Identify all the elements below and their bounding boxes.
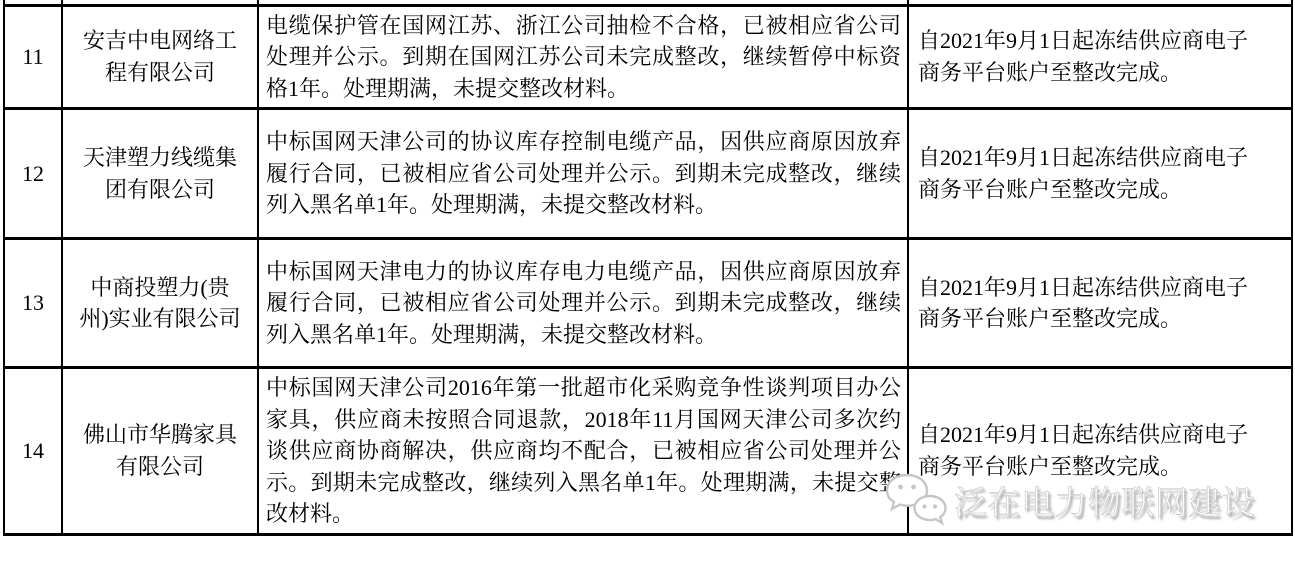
- measure-cell: 自2021年9月1日起冻结供应商电子商务平台账户至整改完成。: [908, 239, 1292, 368]
- penalty-table: 11 安吉中电网络工程有限公司 电缆保护管在国网江苏、浙江公司抽检不合格，已被相…: [3, 0, 1293, 536]
- row-number-cell: 12: [4, 109, 62, 239]
- reason-cell: 中标国网天津电力的协议库存电力电缆产品，因供应商原因放弃履行合同，已被相应省公司…: [258, 239, 908, 368]
- company-cell: 安吉中电网络工程有限公司: [62, 5, 258, 109]
- company-cell: 中商投塑力(贵州)实业有限公司: [62, 239, 258, 368]
- company-cell: 佛山市华腾家具有限公司: [62, 368, 258, 535]
- measure-cell: 自2021年9月1日起冻结供应商电子商务平台账户至整改完成。: [908, 368, 1292, 535]
- row-number-cell: 13: [4, 239, 62, 368]
- table-row: 11 安吉中电网络工程有限公司 电缆保护管在国网江苏、浙江公司抽检不合格，已被相…: [4, 5, 1292, 109]
- table-row: 13 中商投塑力(贵州)实业有限公司 中标国网天津电力的协议库存电力电缆产品，因…: [4, 239, 1292, 368]
- row-number-cell: 14: [4, 368, 62, 535]
- company-cell: 天津塑力线缆集团有限公司: [62, 109, 258, 239]
- row-number-cell: 11: [4, 5, 62, 109]
- table-row: 14 佛山市华腾家具有限公司 中标国网天津公司2016年第一批超市化采购竞争性谈…: [4, 368, 1292, 535]
- reason-cell: 电缆保护管在国网江苏、浙江公司抽检不合格，已被相应省公司处理并公示。到期在国网江…: [258, 5, 908, 109]
- measure-cell: 自2021年9月1日起冻结供应商电子商务平台账户至整改完成。: [908, 109, 1292, 239]
- reason-cell: 中标国网天津公司的协议库存控制电缆产品，因供应商原因放弃履行合同，已被相应省公司…: [258, 109, 908, 239]
- document-page: 11 安吉中电网络工程有限公司 电缆保护管在国网江苏、浙江公司抽检不合格，已被相…: [0, 0, 1295, 561]
- reason-cell: 中标国网天津公司2016年第一批超市化采购竞争性谈判项目办公家具，供应商未按照合…: [258, 368, 908, 535]
- table-row: 12 天津塑力线缆集团有限公司 中标国网天津公司的协议库存控制电缆产品，因供应商…: [4, 109, 1292, 239]
- measure-cell: 自2021年9月1日起冻结供应商电子商务平台账户至整改完成。: [908, 5, 1292, 109]
